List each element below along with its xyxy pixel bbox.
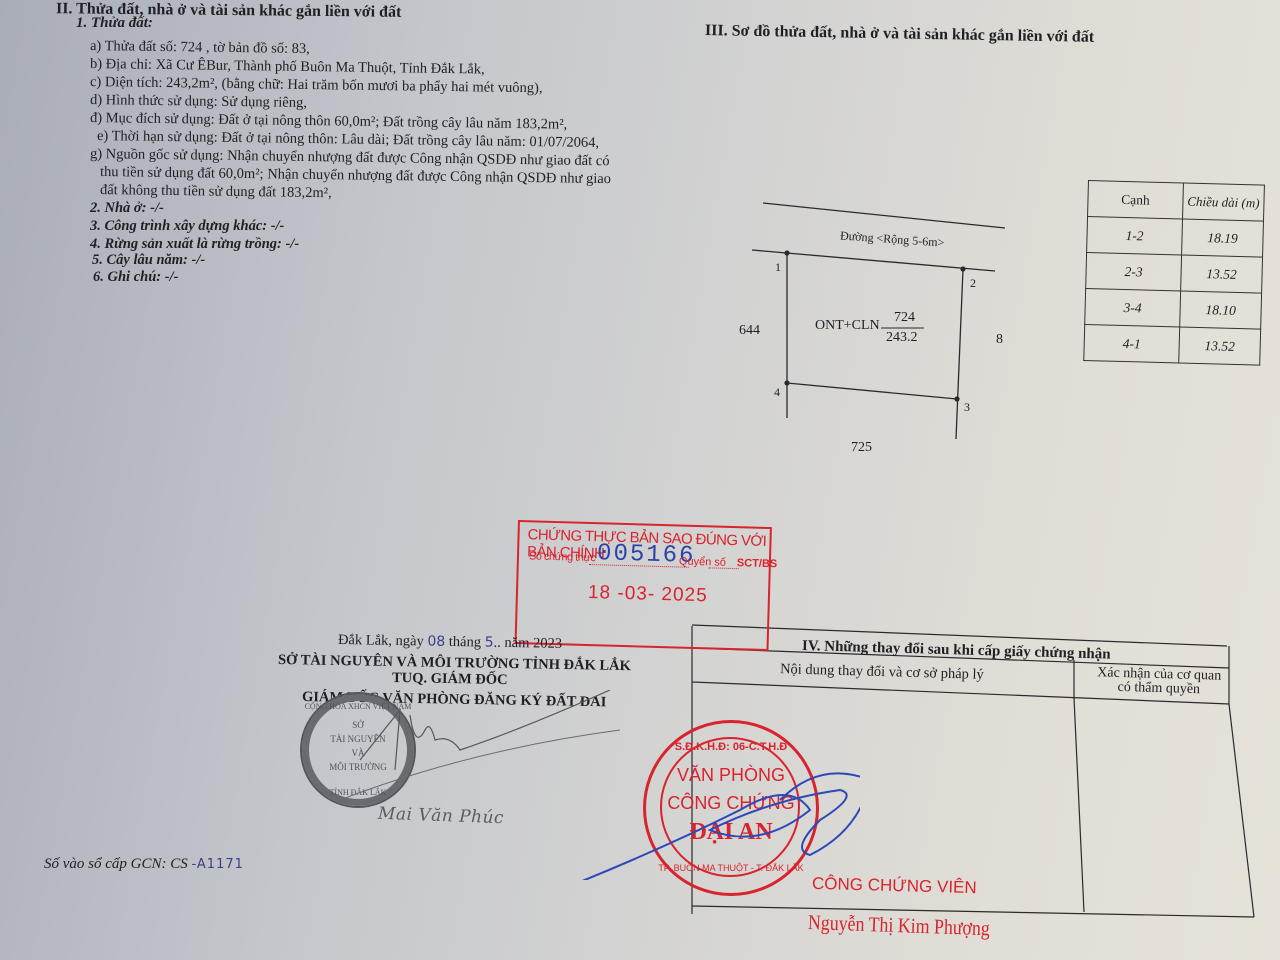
cert-number-label: Số chứng thực	[529, 550, 596, 564]
notary-name: Nguyễn Thị Kim Phượng	[808, 910, 991, 941]
edge-cell: 4-1	[1084, 324, 1180, 362]
date-prefix: Đắk Lắk, ngày	[338, 632, 424, 649]
vertex-4-label: 4	[774, 385, 780, 400]
vertex-1-label: 1	[775, 260, 781, 275]
month-label: tháng	[449, 634, 481, 651]
notary-signature-icon	[560, 740, 860, 880]
notes-item: 6. Ghi chú: -/-	[93, 269, 178, 286]
cert-book-code: SCT/BS	[737, 557, 778, 570]
issue-year: .. năm 2023	[493, 635, 562, 652]
length-cell: 13.52	[1179, 327, 1261, 365]
cert-date: 18 -03- 2025	[588, 582, 708, 607]
length-cell: 18.19	[1182, 219, 1264, 257]
parcel-number-line: a) Thửa đất số: 724 , tờ bản đồ số: 83,	[90, 38, 310, 58]
gcn-registry-line: Số vào sổ cấp GCN: CS -A1171	[44, 856, 244, 873]
house-item: 2. Nhà ở: -/-	[90, 200, 164, 217]
planted-forest-item: 4. Rừng sản xuất là rừng trồng: -/-	[90, 236, 299, 253]
director-name: Mai Văn Phúc	[378, 804, 505, 828]
table-row: 1-2 18.19	[1087, 217, 1264, 258]
length-cell: 13.52	[1181, 255, 1263, 293]
issue-day: 08	[427, 634, 445, 650]
section-iii-title: III. Sơ đồ thửa đất, nhà ở và tài sản kh…	[705, 22, 1094, 47]
certified-copy-stamp: CHỨNG THỰC BẢN SAO ĐÚNG VỚI BẢN CHÍNH Số…	[515, 520, 772, 651]
header-length: Chiều dài (m)	[1183, 183, 1265, 221]
table-row: 3-4 18.10	[1085, 288, 1262, 329]
usage-form-line: d) Hình thức sử dụng: Sử dụng riêng,	[90, 92, 307, 112]
gcn-registry-number: -A1171	[192, 857, 244, 872]
perennial-trees-item: 5. Cây lâu năm: -/-	[92, 252, 205, 269]
issue-date-line: Đắk Lắk, ngày 08 tháng 5.. năm 2023	[338, 632, 562, 653]
neighbor-bottom: 725	[851, 440, 872, 456]
neighbor-left: 644	[739, 323, 760, 339]
other-construction-item: 3. Công trình xây dựng khác: -/-	[90, 218, 284, 235]
table-row: 2-3 13.52	[1086, 252, 1263, 293]
subsection-parcel-title: 1. Thửa đất:	[76, 15, 153, 32]
signer-role-1: TUQ. GIÁM ĐỐC	[392, 670, 508, 689]
parcel-number: 724	[894, 310, 915, 326]
parcel-land-code: ONT+CLN	[815, 318, 880, 334]
authority-confirmation-header: Xác nhận của cơ quan có thẩm quyền	[1094, 666, 1225, 698]
header-edge: Cạnh	[1088, 181, 1184, 219]
vertex-2-label: 2	[970, 276, 976, 291]
issue-month: 5	[485, 635, 494, 651]
table-header-row: Cạnh Chiều dài (m)	[1088, 181, 1265, 222]
notary-title: CÔNG CHỨNG VIÊN	[812, 874, 977, 898]
edge-length-table: Cạnh Chiều dài (m) 1-2 18.19 2-3 13.52 3…	[1083, 180, 1265, 366]
gcn-registry-label: Số vào sổ cấp GCN: CS	[44, 856, 188, 872]
edge-cell: 2-3	[1086, 252, 1182, 290]
parcel-diagram: Đường <Rộng 5-6m> 1 2 3 4 ONT+CLN 724 24…	[720, 190, 1040, 470]
vertex-3-label: 3	[964, 400, 970, 415]
cert-dotted-line	[709, 557, 739, 569]
parcel-area: 243.2	[886, 330, 918, 346]
table-row: 4-1 13.52	[1084, 324, 1261, 365]
length-cell: 18.10	[1180, 291, 1262, 329]
neighbor-right: 8	[996, 332, 1003, 348]
edge-cell: 3-4	[1085, 288, 1181, 326]
edge-cell: 1-2	[1087, 217, 1183, 255]
